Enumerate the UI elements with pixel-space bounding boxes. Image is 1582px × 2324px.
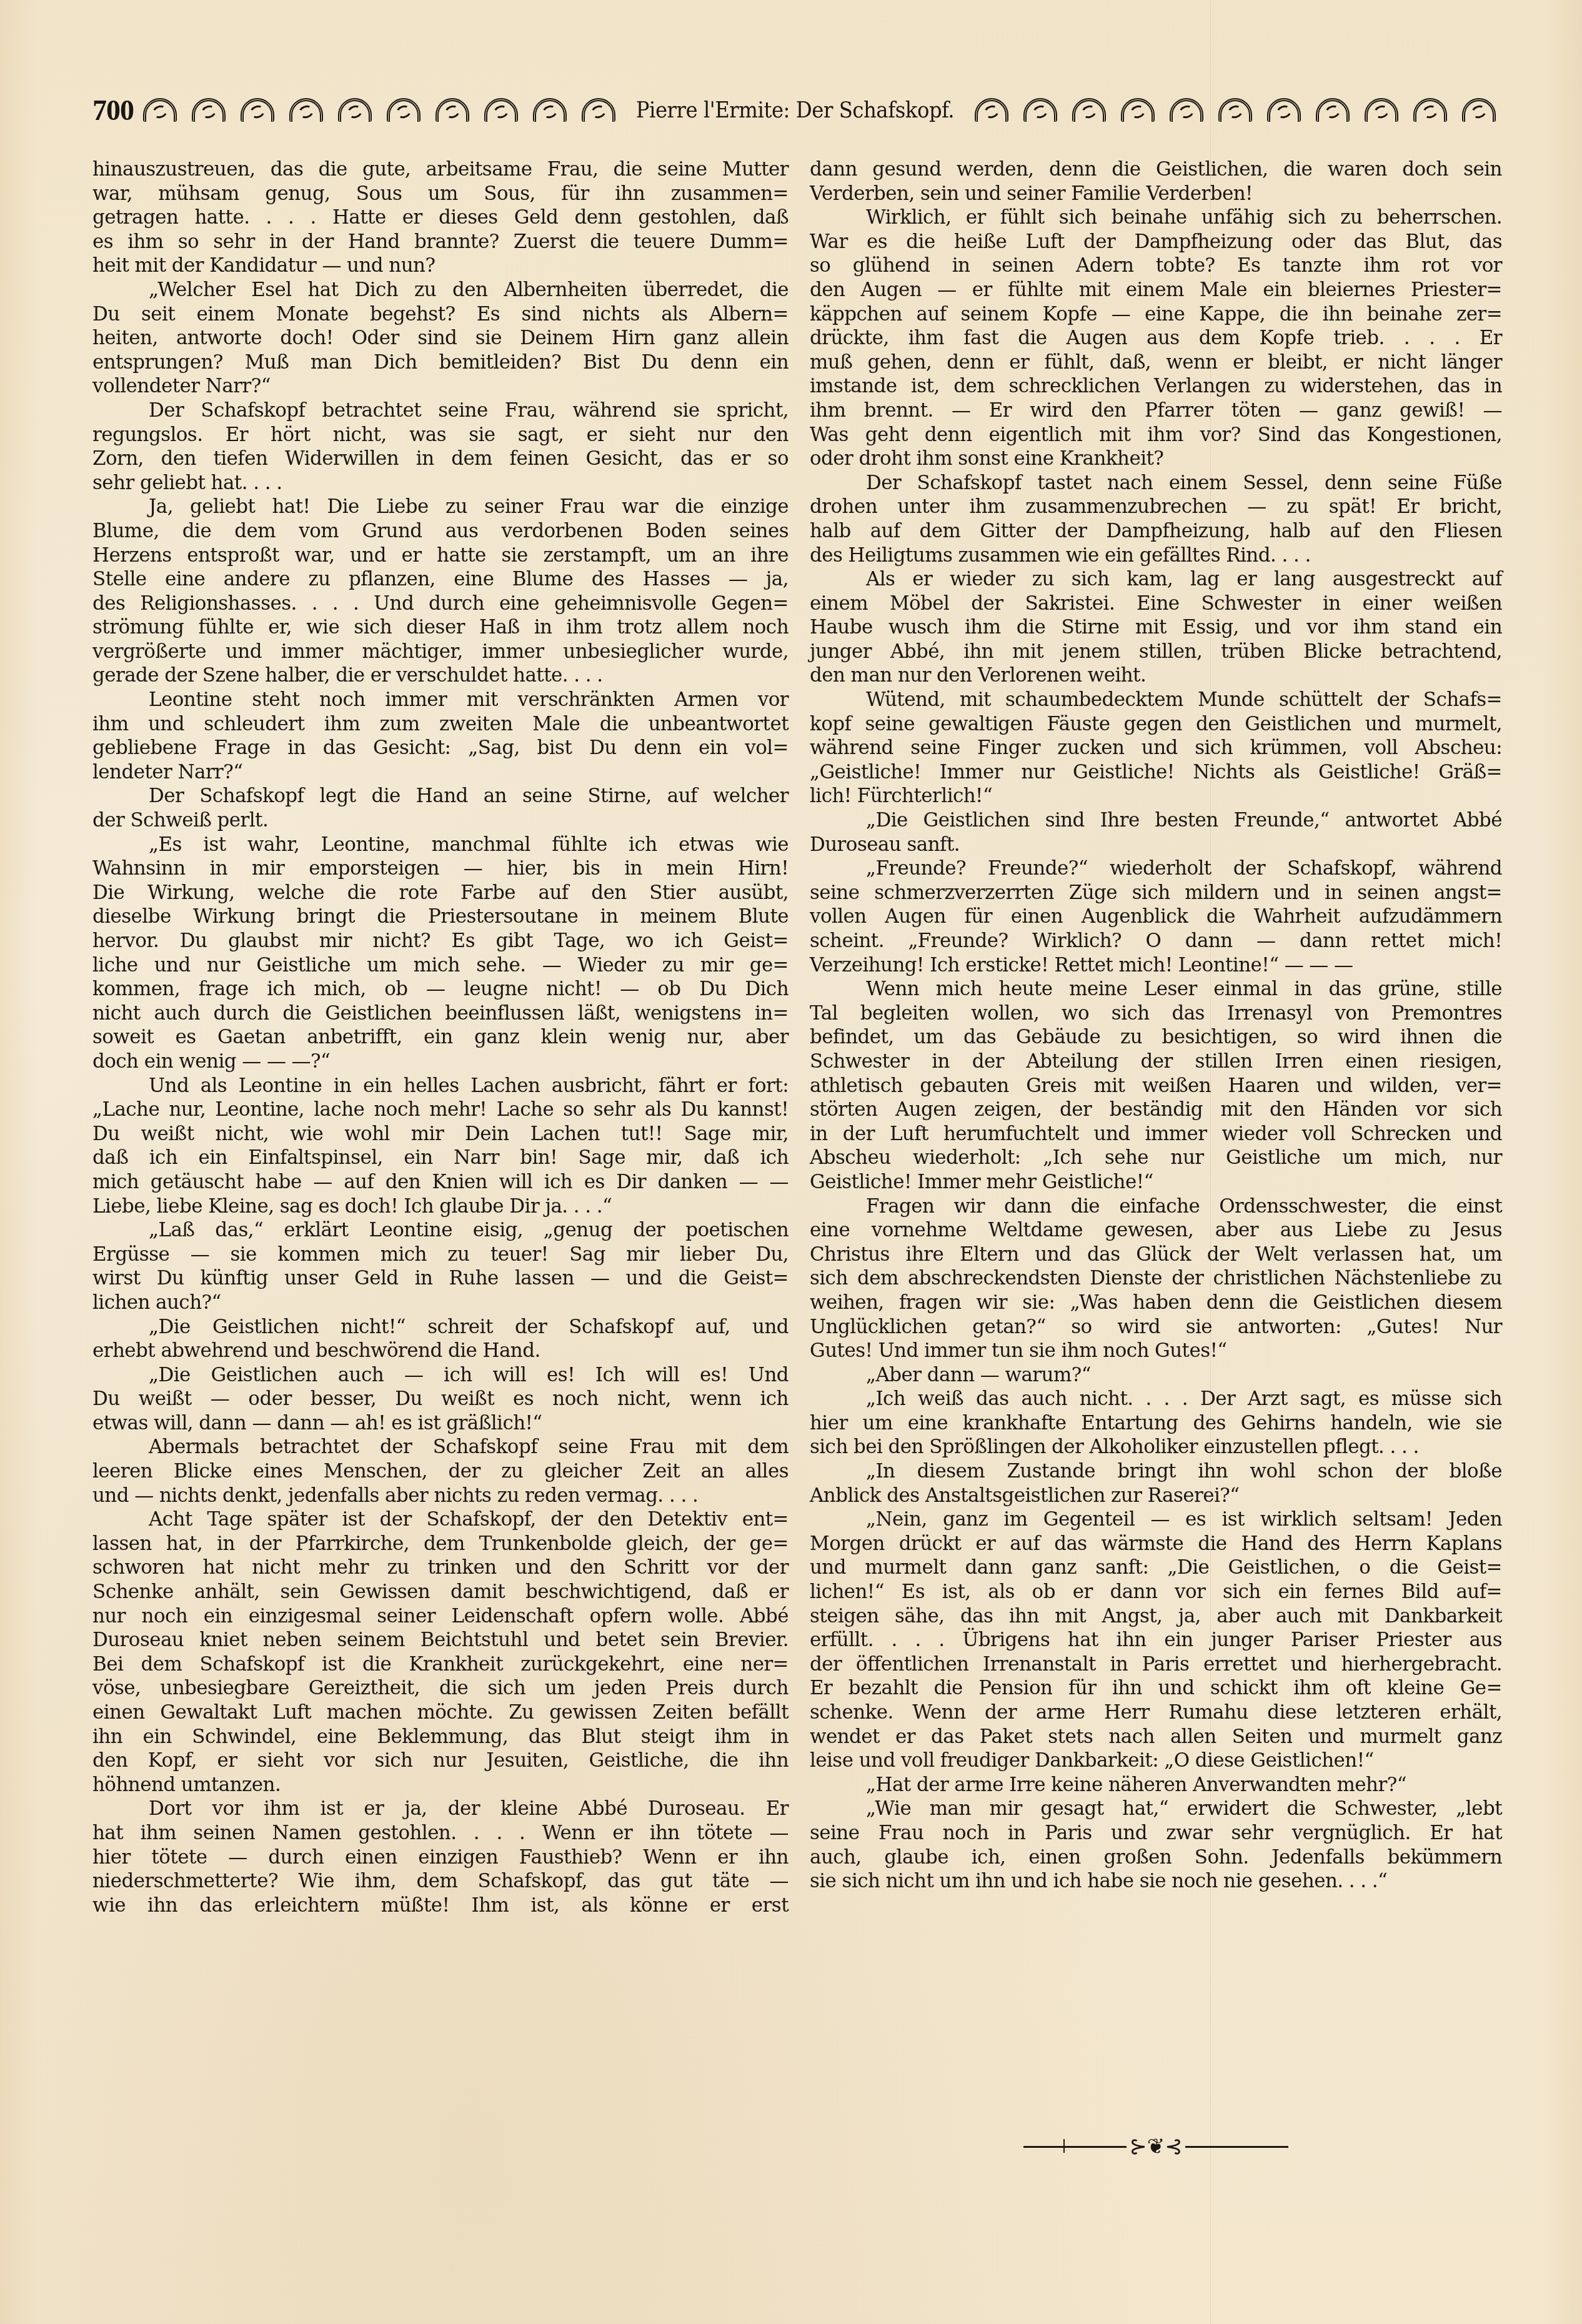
spiral-ornament-icon	[289, 98, 323, 122]
text-line: hinauszustreuen, das die gute, arbeitsam…	[92, 157, 789, 182]
text-line: Du weißt nicht, wie wohl mir Dein Lachen…	[92, 1122, 789, 1146]
spiral-ornament-icon	[975, 98, 1008, 122]
text-line: Leontine steht noch immer mit verschränk…	[92, 688, 789, 712]
text-line: Herzens entsproßt war, und er hatte sie …	[92, 544, 789, 568]
spiral-ornament-icon	[1316, 98, 1350, 122]
text-line: Stelle eine andere zu pflanzen, eine Blu…	[92, 567, 789, 592]
text-line: Tal begleiten wollen, wo sich das Irrena…	[810, 1001, 1502, 1026]
text-line: seine Frau noch in Paris und zwar sehr v…	[810, 1821, 1502, 1845]
spiral-ornament-icon	[387, 98, 420, 122]
text-line: Wütend, mit schaumbedecktem Munde schütt…	[810, 688, 1502, 712]
text-line: drückte, ihm fast die Augen aus dem Kopf…	[810, 326, 1502, 350]
spiral-ornament-icon	[1121, 98, 1155, 122]
text-column-right: dann gesund werden, denn die Geistlichen…	[810, 157, 1502, 1894]
text-line: ihm und schleudert ihm zum zweiten Male …	[92, 712, 789, 737]
text-line: wie ihn das erleichtern müßte! Ihm ist, …	[92, 1894, 789, 1918]
text-line: Du weißt — oder besser, Du weißt es noch…	[92, 1387, 789, 1411]
text-line: War es die heiße Luft der Dampfheizung o…	[810, 230, 1502, 254]
running-title: Pierre l'Ermite: Der Schafskopf.	[625, 97, 965, 123]
text-line: „Freunde? Freunde?“ wiederholt der Schaf…	[810, 857, 1502, 881]
page-number: 700	[92, 94, 134, 127]
text-line: „Ich weiß das auch nicht. . . . Der Arzt…	[810, 1387, 1502, 1411]
text-line: Liebe, liebe Kleine, sag es doch! Ich gl…	[92, 1194, 789, 1219]
text-line: käppchen auf seinem Kopfe — eine Kappe, …	[810, 302, 1502, 327]
text-line: Was geht denn eigentlich mit ihm vor? Si…	[810, 423, 1502, 447]
text-line: Anblick des Anstaltsgeistlichen zur Rase…	[810, 1484, 1502, 1508]
text-line: befindet, um das Gebäude zu besichtigen,…	[810, 1025, 1502, 1050]
text-line: „Nein, ganz im Gegenteil — es ist wirkli…	[810, 1507, 1502, 1532]
text-line: Die Wirkung, welche die rote Farbe auf d…	[92, 881, 789, 905]
text-line: scheint. „Freunde? Wirklich? O dann — da…	[810, 929, 1502, 953]
text-line: getragen hatte. . . . Hatte er dieses Ge…	[92, 206, 789, 230]
text-line: schenke. Wenn der arme Herr Rumahu diese…	[810, 1701, 1502, 1725]
divider-rule-left	[1023, 2146, 1127, 2148]
text-line: Verzeihung! Ich ersticke! Rettet mich! L…	[810, 953, 1502, 978]
text-line: entsprungen? Muß man Dich bemitleiden? B…	[92, 350, 789, 375]
text-line: soweit es Gaetan anbetrifft, ein ganz kl…	[92, 1025, 789, 1050]
text-line: heiten, antworte doch! Oder sind sie Dei…	[92, 326, 789, 350]
text-line: nicht auch durch die Geistlichen beeinfl…	[92, 1001, 789, 1026]
text-line: Abscheu wiederholt: „Ich sehe nur Geistl…	[810, 1146, 1502, 1170]
text-line: eine vornehme Weltdame gewesen, aber aus…	[810, 1218, 1502, 1243]
text-line: „Laß das,“ erklärt Leontine eisig, „genu…	[92, 1218, 789, 1243]
text-line: vöse, unbesiegbare Gereiztheit, die sich…	[92, 1676, 789, 1701]
text-line: der Schweiß perlt.	[92, 808, 789, 833]
text-line: niederschmetterte? Wie ihm, dem Schafsko…	[92, 1869, 789, 1894]
spiral-ornament-icon	[1170, 98, 1203, 122]
text-line: Und als Leontine in ein helles Lachen au…	[92, 1074, 789, 1098]
text-line: den Augen — er fühlte mit einem Male ein…	[810, 278, 1502, 302]
text-line: Geistliche! Immer mehr Geistliche!“	[810, 1170, 1502, 1194]
flourish-divider-icon: ⊱❦⊰	[1127, 2134, 1185, 2159]
text-line: steigen sähe, das ihn mit Angst, ja, abe…	[810, 1604, 1502, 1629]
text-line: Christus ihre Eltern und das Glück der W…	[810, 1243, 1502, 1267]
text-line: vergrößerte und immer mächtiger, immer u…	[92, 640, 789, 664]
text-line: lich! Fürchterlich!“	[810, 784, 1502, 808]
spiral-ornament-icon	[338, 98, 372, 122]
text-line: Wahnsinn in mir emporsteigen — hier, bis…	[92, 857, 789, 881]
text-line: „In diesem Zustande bringt ihn wohl scho…	[810, 1459, 1502, 1484]
text-line: halb auf dem Gitter der Dampfheizung, ha…	[810, 519, 1502, 544]
text-line: lendeter Narr?“	[92, 760, 789, 785]
text-line: vollendeter Narr?“	[92, 374, 789, 399]
divider-tick	[1063, 2139, 1065, 2153]
text-line: oder droht ihm sonst eine Krankheit?	[810, 447, 1502, 471]
text-line: dann gesund werden, denn die Geistlichen…	[810, 157, 1502, 182]
text-line: dieselbe Wirkung bringt die Priestersout…	[92, 905, 789, 929]
spiral-ornament-icon	[1267, 98, 1301, 122]
text-line: es ihm so sehr in der Hand brannte? Zuer…	[92, 230, 789, 254]
text-line: ihn ein Schwindel, eine Beklemmung, das …	[92, 1725, 789, 1749]
text-line: „Es ist wahr, Leontine, manchmal fühlte …	[92, 833, 789, 857]
spiral-ornament-icon	[582, 98, 615, 122]
text-line: war, mühsam genug, Sous um Sous, für ihn…	[92, 182, 789, 206]
spiral-ornament-icon	[1462, 98, 1496, 122]
text-line: Unglücklichen getan?“ so wird sie antwor…	[810, 1315, 1502, 1339]
text-line: sich dem abschreckendsten Dienste der ch…	[810, 1266, 1502, 1291]
text-line: sich bei den Sprößlingen der Alkoholiker…	[810, 1435, 1502, 1459]
text-line: Du seit einem Monate begehst? Es sind ni…	[92, 302, 789, 327]
text-line: störten Augen zeigen, der beständig mit …	[810, 1098, 1502, 1122]
text-line: Er bezahlt die Pension für ihn und schic…	[810, 1676, 1502, 1701]
text-line: Der Schafskopf betrachtet seine Frau, wä…	[92, 399, 789, 423]
spiral-ornament-icon	[143, 98, 177, 122]
text-column-left: hinauszustreuen, das die gute, arbeitsam…	[92, 157, 789, 1917]
text-line: daß ich ein Einfaltspinsel, ein Narr bin…	[92, 1146, 789, 1170]
text-line: wendet er das Paket stets nach allen Sei…	[810, 1725, 1502, 1749]
text-line: Haube wusch ihm die Stirne mit Essig, un…	[810, 615, 1502, 640]
text-line: „Aber dann — warum?“	[810, 1363, 1502, 1388]
text-line: liche und nur Geistliche um mich sehe. —…	[92, 953, 789, 978]
text-line: ihm brennt. — Er wird den Pfarrer töten …	[810, 399, 1502, 423]
text-line: des Heiligtums zusammen wie ein gefällte…	[810, 544, 1502, 568]
text-line: den Kopf, er sieht vor sich nur Jesuiten…	[92, 1749, 789, 1773]
text-line: etwas will, dann — dann — ah! es ist grä…	[92, 1411, 789, 1436]
running-head: 700 Pierre l'Ermite: Der Schafskopf.	[92, 87, 1503, 132]
text-line: einem Möbel der Sakristei. Eine Schweste…	[810, 592, 1502, 616]
text-line: Ergüsse — sie kommen mich zu teuer! Sag …	[92, 1243, 789, 1267]
spiral-ornament-icon	[1072, 98, 1106, 122]
text-line: Bei dem Schafskopf ist die Krankheit zur…	[92, 1652, 789, 1677]
text-line: Als er wieder zu sich kam, lag er lang a…	[810, 567, 1502, 592]
text-line: lichen auch?“	[92, 1291, 789, 1315]
text-line: hat ihm seinen Namen gestohlen. . . . We…	[92, 1821, 789, 1845]
text-line: doch ein wenig — — —?“	[92, 1050, 789, 1074]
text-line: der öffentlichen Irrenanstalt in Paris e…	[810, 1652, 1502, 1677]
text-line: drohen unter ihm zusammenzubrechen — zu …	[810, 495, 1502, 519]
text-line: Schenke anhält, sein Gewissen damit besc…	[92, 1580, 789, 1604]
text-line: mich getäuscht habe — auf den Knien will…	[92, 1170, 789, 1194]
text-line: gerade der Szene halber, die er verschul…	[92, 663, 789, 688]
text-line: und murmelt dann ganz sanft: „Die Geistl…	[810, 1556, 1502, 1580]
text-line: athletisch gebauten Greis mit weißen Haa…	[810, 1074, 1502, 1098]
text-line: so glühend in seinen Adern tobte? Es tan…	[810, 254, 1502, 278]
text-line: des Religionshasses. . . . Und durch ein…	[92, 592, 789, 616]
text-line: während seine Finger zucken und sich krü…	[810, 736, 1502, 760]
text-line: den man nur den Verlorenen weiht.	[810, 663, 1502, 688]
text-line: hervor. Du glaubst mir nicht? Es gibt Ta…	[92, 929, 789, 953]
text-line: Morgen drückt er auf das wärmste die Han…	[810, 1532, 1502, 1556]
text-line: „Die Geistlichen sind Ihre besten Freund…	[810, 808, 1502, 833]
text-line: auch, glaube ich, einen großen Sohn. Jed…	[810, 1845, 1502, 1870]
text-line: hier um eine krankhafte Entartung des Ge…	[810, 1411, 1502, 1436]
text-line: regungslos. Er hört nicht, was sie sagt,…	[92, 423, 789, 447]
spiral-ornament-icon	[1365, 98, 1398, 122]
text-line: Abermals betrachtet der Schafskopf seine…	[92, 1435, 789, 1459]
text-line: Schwester in der Abteilung der stillen I…	[810, 1050, 1502, 1074]
text-line: Der Schafskopf tastet nach einem Sessel,…	[810, 471, 1502, 495]
text-line: „Lache nur, Leontine, lache noch mehr! L…	[92, 1098, 789, 1122]
ornament-row-right	[967, 98, 1503, 122]
text-line: einen Gewaltakt Luft machen möchte. Zu g…	[92, 1701, 789, 1725]
spiral-ornament-icon	[533, 98, 567, 122]
text-line: kommen, frage ich mich, ob — leugne nich…	[92, 977, 789, 1001]
text-line: Zorn, den tiefen Widerwillen in dem fein…	[92, 447, 789, 471]
spiral-ornament-icon	[1413, 98, 1447, 122]
text-line: heit mit der Kandidatur — und nun?	[92, 254, 789, 278]
text-line: muß gehen, denn er fühlt, daß, wenn er b…	[810, 350, 1502, 375]
text-line: hier tötete — durch einen einzigen Faust…	[92, 1845, 789, 1870]
text-line: „Geistliche! Immer nur Geistliche! Nicht…	[810, 760, 1502, 785]
spiral-ornament-icon	[241, 98, 274, 122]
text-line: leeren Blicke eines Menschen, der zu gle…	[92, 1459, 789, 1484]
text-line: schworen hat nicht mehr zu trinken und d…	[92, 1556, 789, 1580]
text-line: junger Abbé, ihn mit jenem stillen, trüb…	[810, 640, 1502, 664]
text-line: „Welcher Esel hat Dich zu den Albernheit…	[92, 278, 789, 302]
text-line: erhebt abwehrend und beschwörend die Han…	[92, 1339, 789, 1363]
text-line: gebliebene Frage in das Gesicht: „Sag, b…	[92, 736, 789, 760]
spiral-ornament-icon	[192, 98, 226, 122]
text-line: sehr geliebt hat. . . .	[92, 471, 789, 495]
text-line: Acht Tage später ist der Schafskopf, der…	[92, 1507, 789, 1532]
text-line: Der Schafskopf legt die Hand an seine St…	[92, 784, 789, 808]
divider-rule-right	[1185, 2146, 1288, 2148]
spiral-ornament-icon	[435, 98, 469, 122]
text-line: Blume, die dem vom Grund aus verdorbenen…	[92, 519, 789, 544]
text-line: lichen!“ Es ist, als ob er dann vor sich…	[810, 1580, 1502, 1604]
text-line: Verderben, sein und seiner Familie Verde…	[810, 182, 1502, 206]
text-line: „Die Geistlichen auch — ich will es! Ich…	[92, 1363, 789, 1388]
text-line: Wirklich, er fühlt sich beinahe unfähig …	[810, 206, 1502, 230]
text-line: „Wie man mir gesagt hat,“ erwidert die S…	[810, 1797, 1502, 1821]
spiral-ornament-icon	[1023, 98, 1057, 122]
text-line: und — nichts denkt, jedenfalls aber nich…	[92, 1484, 789, 1508]
text-line: imstande ist, dem schrecklichen Verlange…	[810, 374, 1502, 399]
end-of-article-divider: ⊱❦⊰	[1023, 2134, 1288, 2159]
ornament-row-left	[136, 98, 623, 122]
text-line: Wenn mich heute meine Leser einmal in da…	[810, 977, 1502, 1001]
text-line: seine schmerzverzerrten Züge sich milder…	[810, 881, 1502, 905]
text-line: sie sich nicht um ihn und ich habe sie n…	[810, 1869, 1502, 1894]
text-line: erfüllt. . . . Übrigens hat ihn ein jung…	[810, 1628, 1502, 1652]
text-line: Dort vor ihm ist er ja, der kleine Abbé …	[92, 1797, 789, 1821]
text-line: nur noch ein einzigesmal seiner Leidensc…	[92, 1604, 789, 1629]
spiral-ornament-icon	[1218, 98, 1252, 122]
text-line: vollen Augen für einen Augenblick die Wa…	[810, 905, 1502, 929]
text-line: lassen hat, in der Pfarrkirche, dem Trun…	[92, 1532, 789, 1556]
spiral-ornament-icon	[484, 98, 518, 122]
text-line: Gutes! Und immer tun sie ihm noch Gutes!…	[810, 1339, 1502, 1363]
text-line: Duroseau sanft.	[810, 833, 1502, 857]
text-line: Duroseau kniet neben seinem Beichtstuhl …	[92, 1628, 789, 1652]
text-line: Fragen wir dann die einfache Ordensschwe…	[810, 1194, 1502, 1219]
text-line: weihen, fragen wir sie: „Was haben denn …	[810, 1291, 1502, 1315]
text-line: „Die Geistlichen nicht!“ schreit der Sch…	[92, 1315, 789, 1339]
text-line: in der Luft herumfuchtelt und immer wied…	[810, 1122, 1502, 1146]
text-line: kopf seine gewaltigen Fäuste gegen den G…	[810, 712, 1502, 737]
text-line: strömung fühlte er, wie sich dieser Haß …	[92, 615, 789, 640]
text-line: leise und voll freudiger Dankbarkeit: „O…	[810, 1749, 1502, 1773]
text-line: Ja, geliebt hat! Die Liebe zu seiner Fra…	[92, 495, 789, 519]
text-line: höhnend umtanzen.	[92, 1773, 789, 1797]
text-line: „Hat der arme Irre keine näheren Anverwa…	[810, 1773, 1502, 1797]
text-line: wirst Du künftig unser Geld in Ruhe lass…	[92, 1266, 789, 1291]
